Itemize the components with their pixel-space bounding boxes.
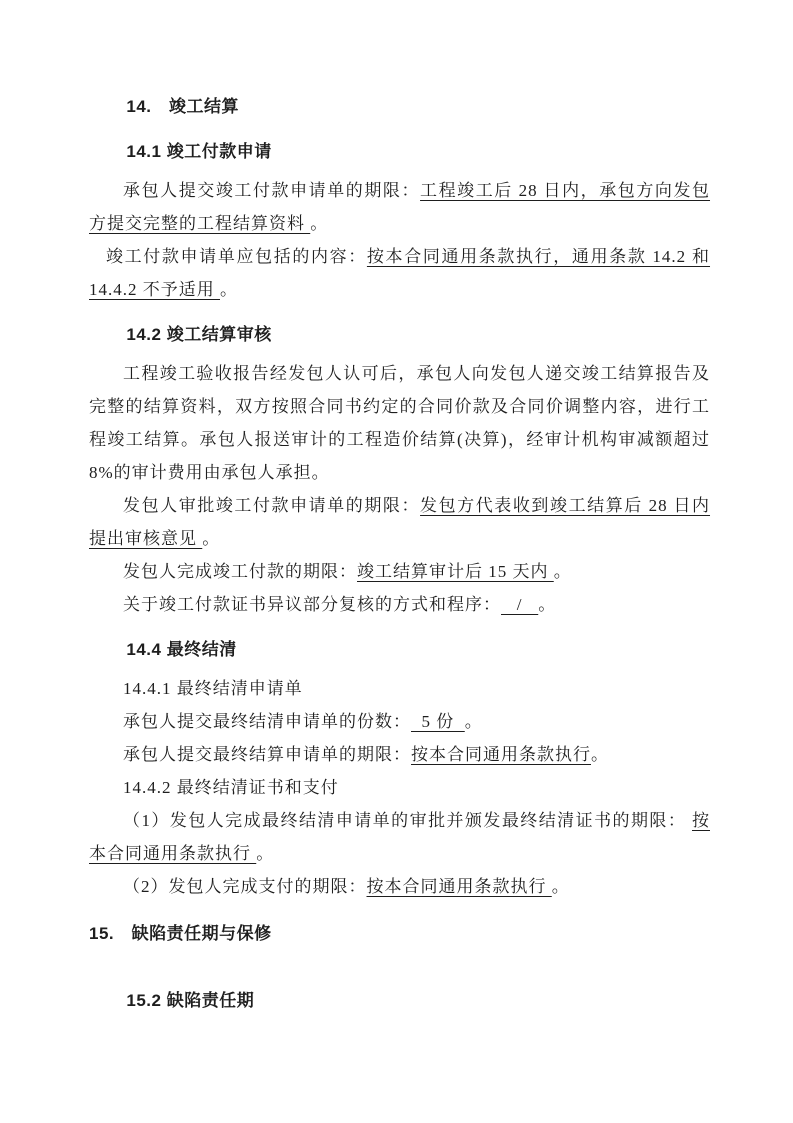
paragraph-payment-application-content: 竣工付款申请单应包括的内容：按本合同通用条款执行，通用条款 14.2 和 14.… <box>89 240 710 306</box>
fill-in-value: / <box>501 595 538 614</box>
paragraph-final-settlement-copies: 承包人提交最终结清申请单的份数： 5 份 。 <box>89 705 710 738</box>
paragraph-end: 。 <box>465 712 483 731</box>
paragraph-settlement-review: 工程竣工验收报告经发包人认可后，承包人向发包人递交竣工结算报告及完整的结算资料，… <box>89 357 710 489</box>
subsection-heading-14-1: 14.1 竣工付款申请 <box>89 135 710 168</box>
paragraph-text: 承包人提交最终结算申请单的期限： <box>123 745 411 764</box>
paragraph-heading-14-4-1: 14.4.1 最终结清申请单 <box>89 672 710 705</box>
paragraph-text: （2）发包人完成支付的期限： <box>123 877 367 896</box>
paragraph-end: 。 <box>538 595 556 614</box>
paragraph-text: 工程竣工验收报告经发包人认可后，承包人向发包人递交竣工结算报告及完整的结算资料，… <box>89 364 710 482</box>
fill-in-value: 按本合同通用条款执行 <box>411 745 591 764</box>
paragraph-end: 。 <box>552 877 570 896</box>
paragraph-text: 竣工付款申请单应包括的内容： <box>106 247 367 266</box>
paragraph-objection-review-procedure: 关于竣工付款证书异议部分复核的方式和程序： / 。 <box>89 588 710 621</box>
paragraph-text: 14.4.2 最终结清证书和支付 <box>123 778 339 797</box>
paragraph-text: 关于竣工付款证书异议部分复核的方式和程序： <box>123 595 501 614</box>
section-heading-15: 15. 缺陷责任期与保修 <box>89 917 710 950</box>
paragraph-text: 承包人提交竣工付款申请单的期限： <box>123 181 420 200</box>
paragraph-final-settlement-deadline: 承包人提交最终结算申请单的期限：按本合同通用条款执行。 <box>89 738 710 771</box>
paragraph-completion-payment-deadline: 承包人提交竣工付款申请单的期限：工程竣工后 28 日内，承包方向发包方提交完整的… <box>89 174 710 240</box>
fill-in-value: 按本合同通用条款执行 <box>367 877 552 896</box>
paragraph-end: 。 <box>256 844 274 863</box>
paragraph-text: 承包人提交最终结清申请单的份数： <box>123 712 411 731</box>
section-heading-14: 14. 竣工结算 <box>89 90 710 123</box>
paragraph-end: 。 <box>310 214 328 233</box>
paragraph-approval-deadline: 发包人审批竣工付款申请单的期限：发包方代表收到竣工结算后 28 日内提出审核意见… <box>89 489 710 555</box>
document-content: 14. 竣工结算 14.1 竣工付款申请 承包人提交竣工付款申请单的期限：工程竣… <box>89 90 710 1017</box>
fill-in-value: 5 份 <box>411 712 465 731</box>
paragraph-payment-completion-deadline: 发包人完成竣工付款的期限：竣工结算审计后 15 天内 。 <box>89 555 710 588</box>
paragraph-end: 。 <box>202 529 220 548</box>
paragraph-text: 发包人完成竣工付款的期限： <box>123 562 357 581</box>
paragraph-certificate-issue-deadline: （1）发包人完成最终结清申请单的审批并颁发最终结清证书的期限： 按本合同通用条款… <box>89 804 710 870</box>
fill-in-value: 竣工结算审计后 15 天内 <box>357 562 554 581</box>
paragraph-end: 。 <box>591 745 609 764</box>
subsection-heading-15-2: 15.2 缺陷责任期 <box>89 984 710 1017</box>
paragraph-end: 。 <box>220 280 238 299</box>
subsection-heading-14-2: 14.2 竣工结算审核 <box>89 318 710 351</box>
paragraph-text: （1）发包人完成最终结清申请单的审批并颁发最终结清证书的期限： <box>123 811 692 830</box>
paragraph-payment-deadline: （2）发包人完成支付的期限：按本合同通用条款执行 。 <box>89 870 710 903</box>
subsection-heading-14-4: 14.4 最终结清 <box>89 633 710 666</box>
paragraph-text: 14.4.1 最终结清申请单 <box>123 679 303 698</box>
paragraph-text: 发包人审批竣工付款申请单的期限： <box>123 496 420 515</box>
paragraph-end: 。 <box>554 562 572 581</box>
document-page: 14. 竣工结算 14.1 竣工付款申请 承包人提交竣工付款申请单的期限：工程竣… <box>0 0 793 1123</box>
paragraph-heading-14-4-2: 14.4.2 最终结清证书和支付 <box>89 771 710 804</box>
